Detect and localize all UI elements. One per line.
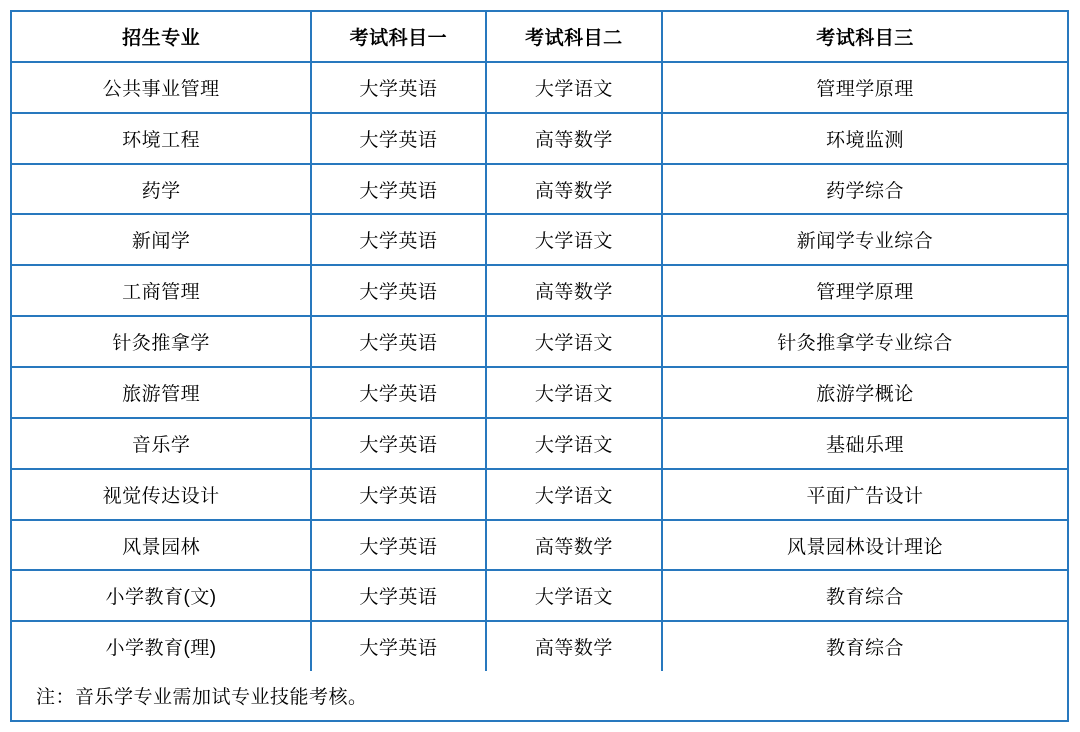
table-cell: 大学语文 (487, 571, 663, 620)
table-cell: 药学 (12, 165, 312, 214)
table-cell: 基础乐理 (663, 419, 1067, 468)
table-cell: 高等数学 (487, 622, 663, 671)
table-cell: 大学语文 (487, 470, 663, 519)
table-cell: 大学英语 (312, 114, 487, 163)
table-cell: 视觉传达设计 (12, 470, 312, 519)
table-cell: 风景园林设计理论 (663, 521, 1067, 570)
table-cell: 药学综合 (663, 165, 1067, 214)
table-row: 公共事业管理大学英语大学语文管理学原理 (12, 63, 1067, 114)
table-cell: 管理学原理 (663, 63, 1067, 112)
table-cell: 高等数学 (487, 521, 663, 570)
column-header: 考试科目二 (487, 12, 663, 61)
table-row: 小学教育(理)大学英语高等数学教育综合 (12, 622, 1067, 671)
table-header-row: 招生专业考试科目一考试科目二考试科目三 (12, 12, 1067, 63)
table-note: 注：音乐学专业需加试专业技能考核。 (12, 671, 1067, 720)
table-row: 音乐学大学英语大学语文基础乐理 (12, 419, 1067, 470)
table-cell: 大学英语 (312, 266, 487, 315)
table-cell: 针灸推拿学 (12, 317, 312, 366)
table-row: 旅游管理大学英语大学语文旅游学概论 (12, 368, 1067, 419)
table-cell: 教育综合 (663, 622, 1067, 671)
table-cell: 环境监测 (663, 114, 1067, 163)
table-cell: 大学英语 (312, 317, 487, 366)
column-header: 招生专业 (12, 12, 312, 61)
table-cell: 高等数学 (487, 165, 663, 214)
table-cell: 大学英语 (312, 419, 487, 468)
table-cell: 音乐学 (12, 419, 312, 468)
table-cell: 公共事业管理 (12, 63, 312, 112)
table-cell: 大学语文 (487, 63, 663, 112)
table-cell: 旅游管理 (12, 368, 312, 417)
table-cell: 风景园林 (12, 521, 312, 570)
table-cell: 高等数学 (487, 266, 663, 315)
table-cell: 大学英语 (312, 470, 487, 519)
table-cell: 大学语文 (487, 215, 663, 264)
table-cell: 管理学原理 (663, 266, 1067, 315)
table-row: 小学教育(文)大学英语大学语文教育综合 (12, 571, 1067, 622)
table-cell: 大学英语 (312, 571, 487, 620)
table-cell: 大学英语 (312, 63, 487, 112)
table-note-row: 注：音乐学专业需加试专业技能考核。 (12, 671, 1067, 720)
table-cell: 大学语文 (487, 419, 663, 468)
table-cell: 大学英语 (312, 521, 487, 570)
table-cell: 新闻学专业综合 (663, 215, 1067, 264)
table-row: 环境工程大学英语高等数学环境监测 (12, 114, 1067, 165)
column-header: 考试科目三 (663, 12, 1067, 61)
exam-subjects-table: 招生专业考试科目一考试科目二考试科目三 公共事业管理大学英语大学语文管理学原理环… (10, 10, 1069, 722)
table-row: 药学大学英语高等数学药学综合 (12, 165, 1067, 216)
table-cell: 大学语文 (487, 368, 663, 417)
table-cell: 新闻学 (12, 215, 312, 264)
table-cell: 高等数学 (487, 114, 663, 163)
column-header: 考试科目一 (312, 12, 487, 61)
table-cell: 大学英语 (312, 165, 487, 214)
table-cell: 针灸推拿学专业综合 (663, 317, 1067, 366)
table-cell: 平面广告设计 (663, 470, 1067, 519)
table-cell: 大学英语 (312, 368, 487, 417)
table-cell: 小学教育(文) (12, 571, 312, 620)
table-cell: 大学英语 (312, 622, 487, 671)
table-row: 风景园林大学英语高等数学风景园林设计理论 (12, 521, 1067, 572)
table-cell: 环境工程 (12, 114, 312, 163)
table-row: 工商管理大学英语高等数学管理学原理 (12, 266, 1067, 317)
table-row: 针灸推拿学大学英语大学语文针灸推拿学专业综合 (12, 317, 1067, 368)
table-cell: 旅游学概论 (663, 368, 1067, 417)
table-cell: 大学语文 (487, 317, 663, 366)
table-cell: 工商管理 (12, 266, 312, 315)
table-cell: 小学教育(理) (12, 622, 312, 671)
table-row: 视觉传达设计大学英语大学语文平面广告设计 (12, 470, 1067, 521)
table-cell: 大学英语 (312, 215, 487, 264)
table-cell: 教育综合 (663, 571, 1067, 620)
table-row: 新闻学大学英语大学语文新闻学专业综合 (12, 215, 1067, 266)
